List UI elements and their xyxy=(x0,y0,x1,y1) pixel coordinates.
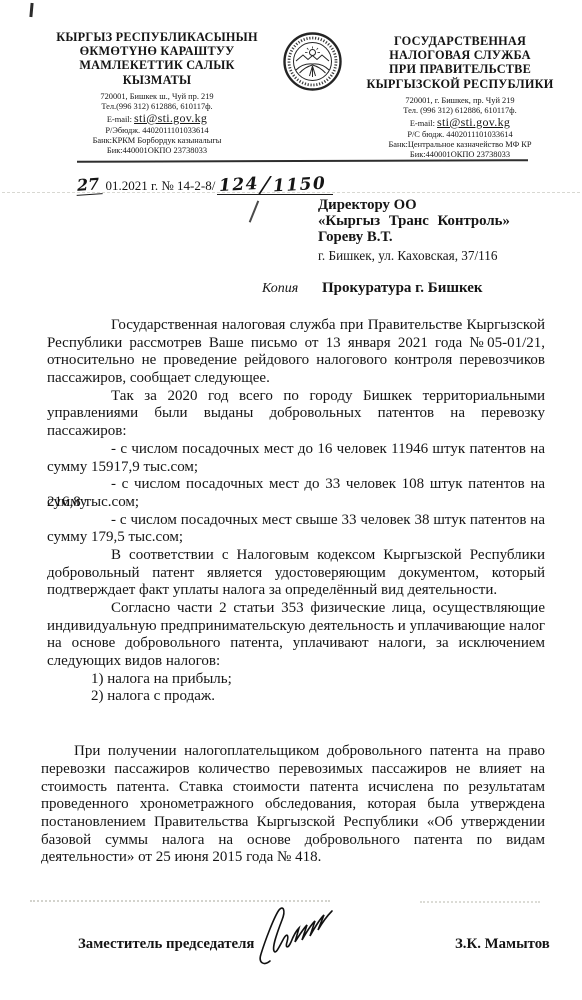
body-line: Республики рассмотрев Ваше письмо от 13 … xyxy=(47,335,545,353)
copy-label: Копия xyxy=(262,281,318,297)
org-contact-russian: 720001, г. Бишкек, пр. Чуй 219Тел. (996 … xyxy=(338,96,582,116)
contact-line: Р/Эбюдж. 4402011101033614 xyxy=(34,126,280,136)
contact-line: Бик:440001ОКПО 23738033 xyxy=(34,146,280,156)
handwritten-number-2: 1150 xyxy=(273,174,327,197)
body-line: следующих видов налогов: xyxy=(47,653,545,671)
scanned-letter-page: КЫРГЫЗ РЕСПУБЛИКАСЫНЫНӨКМӨТҮНӨ КАРАШТУУМ… xyxy=(0,0,582,1000)
header-left-kyrgyz: КЫРГЫЗ РЕСПУБЛИКАСЫНЫНӨКМӨТҮНӨ КАРАШТУУМ… xyxy=(34,30,280,156)
email-label: E-mail: xyxy=(410,119,435,128)
org-title-line: ӨКМӨТҮНӨ КАРАШТУУ xyxy=(34,44,280,58)
body-line: подтверждает факт уплаты налога за опред… xyxy=(47,582,545,600)
org-title-line: КЫЗМАТЫ xyxy=(34,73,280,87)
paragraph: В соответствии с Налоговым кодексом Кырг… xyxy=(47,547,545,600)
paragraph: Согласно части 2 статьи 353 физические л… xyxy=(47,600,545,671)
copy-row: Копия Прокуратура г. Бишкек xyxy=(262,279,483,297)
contact-line: 720001, Бишкек ш., Чуй пр. 219 xyxy=(34,92,280,102)
body-line: 216,8 тыс.сом; xyxy=(47,494,545,512)
body-line: добровольный патент является удостоверяю… xyxy=(47,565,545,583)
body-line: - с числом посадочных мест свыше 33 чело… xyxy=(47,512,545,530)
contact-line: Бик:440001ОКПО 23738033 xyxy=(338,150,582,160)
paragraph: - с числом посадочных мест до 33 человек… xyxy=(47,476,545,511)
body-line: - с числом посадочных мест до 33 человек… xyxy=(47,476,545,494)
body-line: постановлением Правительства Кыргызской … xyxy=(41,814,545,832)
header-divider-line xyxy=(77,159,528,163)
org-title-line: ГОСУДАРСТВЕННАЯ xyxy=(338,34,582,48)
body-line: индивидуальную предпринимательскую деяте… xyxy=(47,618,545,636)
org-title-kyrgyz: КЫРГЫЗ РЕСПУБЛИКАСЫНЫНӨКМӨТҮНӨ КАРАШТУУМ… xyxy=(34,30,280,87)
org-title-line: КЫРГЫЗСКОЙ РЕСПУБЛИКИ xyxy=(338,77,582,91)
handwritten-slash: / xyxy=(260,171,271,200)
body-line: 2) налога с продаж. xyxy=(47,688,545,706)
org-title-line: НАЛОГОВАЯ СЛУЖБА xyxy=(338,48,582,62)
scan-artifact-mark xyxy=(29,3,33,17)
signer-name: З.К. Мамытов xyxy=(455,936,550,953)
copy-recipient: Прокуратура г. Бишкек xyxy=(322,280,483,296)
email-address[interactable]: sti@sti.gov.kg xyxy=(437,115,510,129)
scan-artifact-smudge xyxy=(420,901,540,903)
contact-line: Банк:КРКМ Борбордук казыналыгы xyxy=(34,136,280,146)
body-line: перевозки пассажиров количество перевози… xyxy=(41,761,545,779)
email-address[interactable]: sti@sti.gov.kg xyxy=(134,111,207,125)
kyrgyz-state-emblem-icon xyxy=(282,31,343,92)
paragraph: При получении налогоплательщиком доброво… xyxy=(41,743,545,867)
addressee-address: г. Бишкек, ул. Каховская, 37/116 xyxy=(318,248,497,263)
scan-artifact-stroke xyxy=(249,201,259,223)
body-line: - с числом посадочных мест до 16 человек… xyxy=(47,441,545,459)
handwritten-day: 27 xyxy=(75,174,103,196)
addressee-line: «Кыргыз Транс Контроль» xyxy=(318,214,568,230)
handwritten-number-1: 124 xyxy=(219,174,260,196)
body-line: относительно не проведение рейдового нал… xyxy=(47,352,545,370)
org-bank-kyrgyz: Р/Эбюдж. 4402011101033614Банк:КРКМ Борбо… xyxy=(34,126,280,156)
body-line: на основе добровольного патента, уплачив… xyxy=(47,635,545,653)
body-line: 1) налога на прибыль; xyxy=(47,671,545,689)
body-line: управлениями были выданы добровольных па… xyxy=(47,405,545,423)
paragraph: - с числом посадочных мест до 16 человек… xyxy=(47,441,545,476)
org-title-line: МАМЛЕКЕТТИК САЛЫК xyxy=(34,58,280,72)
org-contact-kyrgyz: 720001, Бишкек ш., Чуй пр. 219Тел.(996 3… xyxy=(34,92,280,112)
email-label: E-mail: xyxy=(107,115,132,124)
body-line: сумму 15917,9 тыс.сом; xyxy=(47,459,545,477)
header-right-russian: ГОСУДАРСТВЕННАЯНАЛОГОВАЯ СЛУЖБАПРИ ПРАВИ… xyxy=(338,34,582,160)
body-line: проведенного хронометражного обследовани… xyxy=(41,796,545,814)
ref-number-line: 27 01.2021 г. № 14-2-8/124/1150 xyxy=(76,168,333,196)
signature-scribble-icon xyxy=(248,897,353,974)
body-line: базовой суммы налога на основе доброволь… xyxy=(41,832,545,850)
body-line: В соответствии с Налоговым кодексом Кырг… xyxy=(47,547,545,565)
paragraph: Государственная налоговая служба при Пра… xyxy=(47,317,545,388)
org-title-russian: ГОСУДАРСТВЕННАЯНАЛОГОВАЯ СЛУЖБАПРИ ПРАВИ… xyxy=(338,34,582,91)
paragraph: 2) налога с продаж. xyxy=(47,688,545,706)
paragraph: - с числом посадочных мест свыше 33 чело… xyxy=(47,512,545,547)
signer-position: Заместитель председателя xyxy=(78,936,254,953)
org-title-line: КЫРГЫЗ РЕСПУБЛИКАСЫНЫН xyxy=(34,30,280,44)
body-line: стоимость патента. Ставка стоимости пате… xyxy=(41,779,545,797)
email-line: E-mail: sti@sti.gov.kg xyxy=(34,112,280,126)
addressee-line: Гореву В.Т. xyxy=(318,230,568,246)
addressee-block: Директору ОО«Кыргыз Транс Контроль»Горев… xyxy=(318,198,568,245)
paragraph: Так за 2020 год всего по городу Бишкек т… xyxy=(47,388,545,441)
contact-line: 720001, г. Бишкек, пр. Чуй 219 xyxy=(338,96,582,106)
body-line: деятельности» от 25 июня 2015 года № 418… xyxy=(41,849,545,867)
org-bank-russian: Р/С бюдж. 4402011101033614Банк:Центральн… xyxy=(338,130,582,160)
body-line: пассажиров: xyxy=(47,423,545,441)
body-line: Государственная налоговая служба при Пра… xyxy=(47,317,545,335)
paragraph: 1) налога на прибыль; xyxy=(47,671,545,689)
org-title-line: ПРИ ПРАВИТЕЛЬСТВЕ xyxy=(338,62,582,76)
contact-line: Р/С бюдж. 4402011101033614 xyxy=(338,130,582,140)
email-line: E-mail: sti@sti.gov.kg xyxy=(338,116,582,130)
body-text: Государственная налоговая служба при Пра… xyxy=(47,317,545,867)
body-line: сумму 179,5 тыс.сом; xyxy=(47,529,545,547)
body-line: Так за 2020 год всего по городу Бишкек т… xyxy=(47,388,545,406)
printed-ref: 01.2021 г. № 14-2-8/ xyxy=(102,178,215,193)
body-line: пассажиров, сообщает следующее. xyxy=(47,370,545,388)
body-line: При получении налогоплательщиком доброво… xyxy=(41,743,545,761)
body-line: Согласно части 2 статьи 353 физические л… xyxy=(47,600,545,618)
contact-line: Банк:Центральное казначейство МФ КР xyxy=(338,140,582,150)
addressee-line: Директору ОО xyxy=(318,198,568,214)
